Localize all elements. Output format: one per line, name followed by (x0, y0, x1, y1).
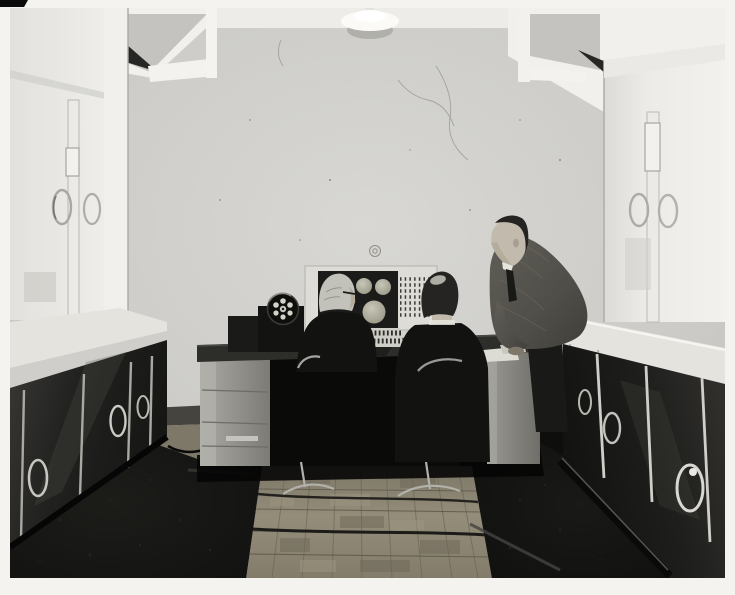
door-seam-strip (68, 100, 79, 318)
operator-hand (508, 347, 524, 355)
operator-body (395, 323, 490, 462)
door-reflection (625, 238, 651, 290)
hinge-plate (66, 148, 79, 176)
crt-display (356, 278, 372, 294)
hinge-plate (645, 123, 660, 171)
drawer-handle (226, 436, 258, 441)
wall-bell (370, 246, 381, 257)
lamp-top (354, 10, 386, 22)
crt-display (375, 279, 391, 295)
photo-scene (10, 8, 725, 578)
reel-axle (282, 308, 284, 310)
door-reflection (24, 272, 56, 302)
crt-display-main (363, 301, 386, 324)
shirt-collar (429, 320, 455, 325)
cabinet-end-panel (104, 8, 128, 320)
photo-area (10, 8, 725, 578)
scan-artifact (0, 0, 28, 7)
handle-glint (689, 468, 697, 476)
duct-frame (206, 8, 217, 78)
photograph (0, 0, 735, 595)
wood-floor-path (246, 466, 492, 578)
operator-ear (513, 239, 519, 248)
pedestal-side-light (200, 345, 216, 466)
duct-frame (518, 10, 530, 82)
right-cabinet-upper (604, 60, 725, 322)
